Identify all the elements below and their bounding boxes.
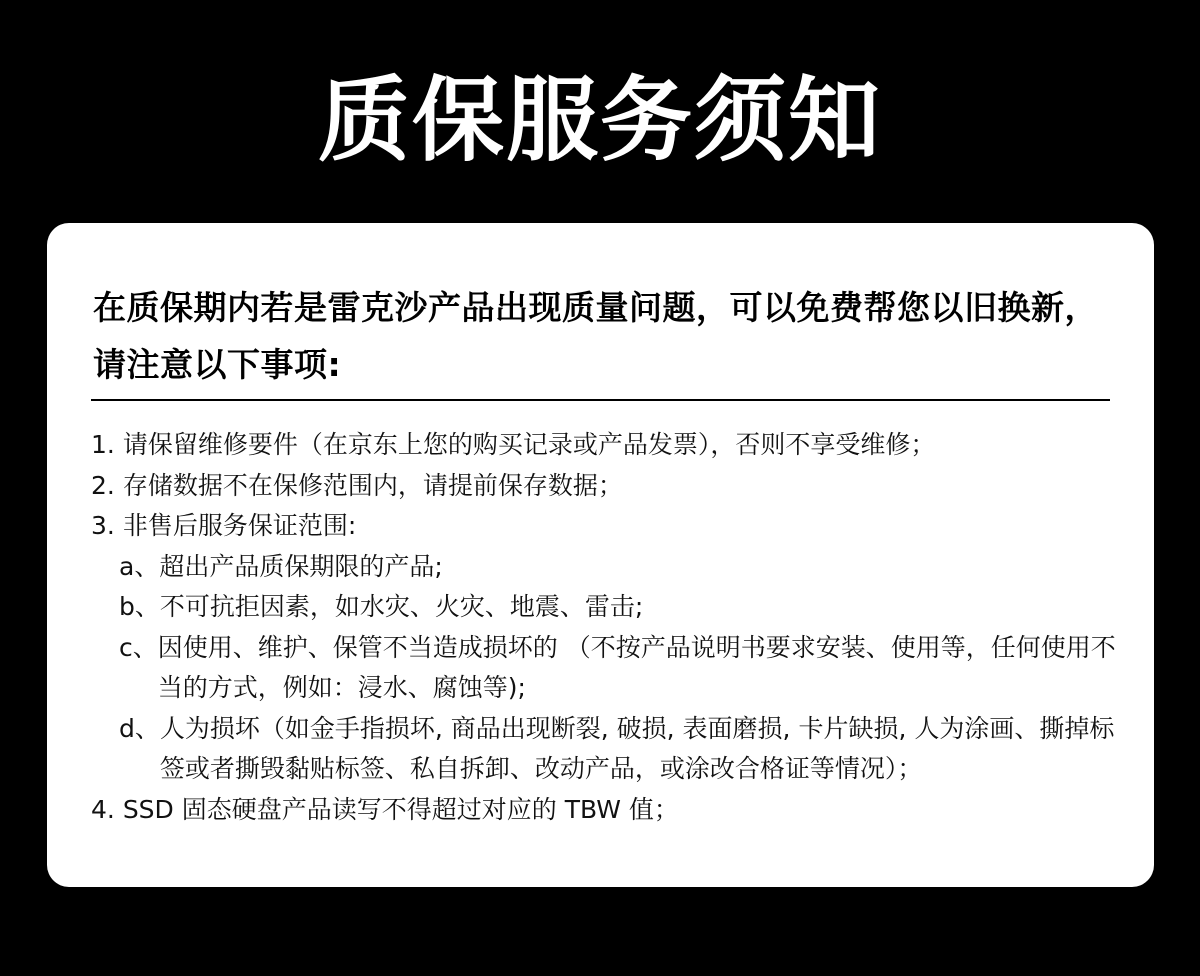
item-text: SSD 固态硬盘产品读写不得超过对应的 TBW 值； xyxy=(123,795,679,824)
sub-item-marker: c、 xyxy=(119,628,158,709)
item-number: 3. xyxy=(91,511,115,540)
item-number: 1. xyxy=(91,430,115,459)
item-text: 非售后服务保证范围: xyxy=(123,511,356,540)
item-number: 2. xyxy=(91,471,115,500)
sub-item-marker: d、 xyxy=(119,709,160,790)
intro-text: 在质保期内若是雷克沙产品出现质量问题，可以免费帮您以旧换新，请注意以下事项: xyxy=(93,279,1123,393)
sub-item-text: 因使用、维护、保管不当造成损坏的 （不按产品说明书要求安装、使用等，任何使用不当… xyxy=(158,628,1131,709)
list-item: 2. 存储数据不在保修范围内，请提前保存数据； xyxy=(91,466,1131,507)
sub-list-item: d、 人为损坏（如金手指损坏, 商品出现断裂, 破损, 表面磨损, 卡片缺损, … xyxy=(91,709,1131,790)
notice-card: 在质保期内若是雷克沙产品出现质量问题，可以免费帮您以旧换新，请注意以下事项: 1… xyxy=(47,223,1154,887)
item-text: 请保留维修要件（在京东上您的购买记录或产品发票），否则不享受维修； xyxy=(123,430,936,459)
divider xyxy=(91,399,1110,401)
list-item: 1. 请保留维修要件（在京东上您的购买记录或产品发票），否则不享受维修； xyxy=(91,425,1131,466)
sub-item-text: 超出产品质保期限的产品; xyxy=(159,547,1131,588)
sub-item-marker: b、 xyxy=(119,587,160,628)
sub-list-item: c、 因使用、维护、保管不当造成损坏的 （不按产品说明书要求安装、使用等，任何使… xyxy=(91,628,1131,709)
sub-item-text: 不可抗拒因素，如水灾、火灾、地震、雷击; xyxy=(160,587,1131,628)
item-number: 4. xyxy=(91,795,115,824)
sub-list-item: b、 不可抗拒因素，如水灾、火灾、地震、雷击; xyxy=(91,587,1131,628)
item-text: 存储数据不在保修范围内，请提前保存数据； xyxy=(123,471,623,500)
notice-list: 1. 请保留维修要件（在京东上您的购买记录或产品发票），否则不享受维修； 2. … xyxy=(91,425,1131,830)
page-title: 质保服务须知 xyxy=(0,66,1200,176)
sub-item-text: 人为损坏（如金手指损坏, 商品出现断裂, 破损, 表面磨损, 卡片缺损, 人为涂… xyxy=(160,709,1131,790)
sub-item-marker: a、 xyxy=(119,547,159,588)
list-item: 3. 非售后服务保证范围: xyxy=(91,506,1131,547)
list-item: 4. SSD 固态硬盘产品读写不得超过对应的 TBW 值； xyxy=(91,790,1131,831)
sub-list-item: a、 超出产品质保期限的产品; xyxy=(91,547,1131,588)
